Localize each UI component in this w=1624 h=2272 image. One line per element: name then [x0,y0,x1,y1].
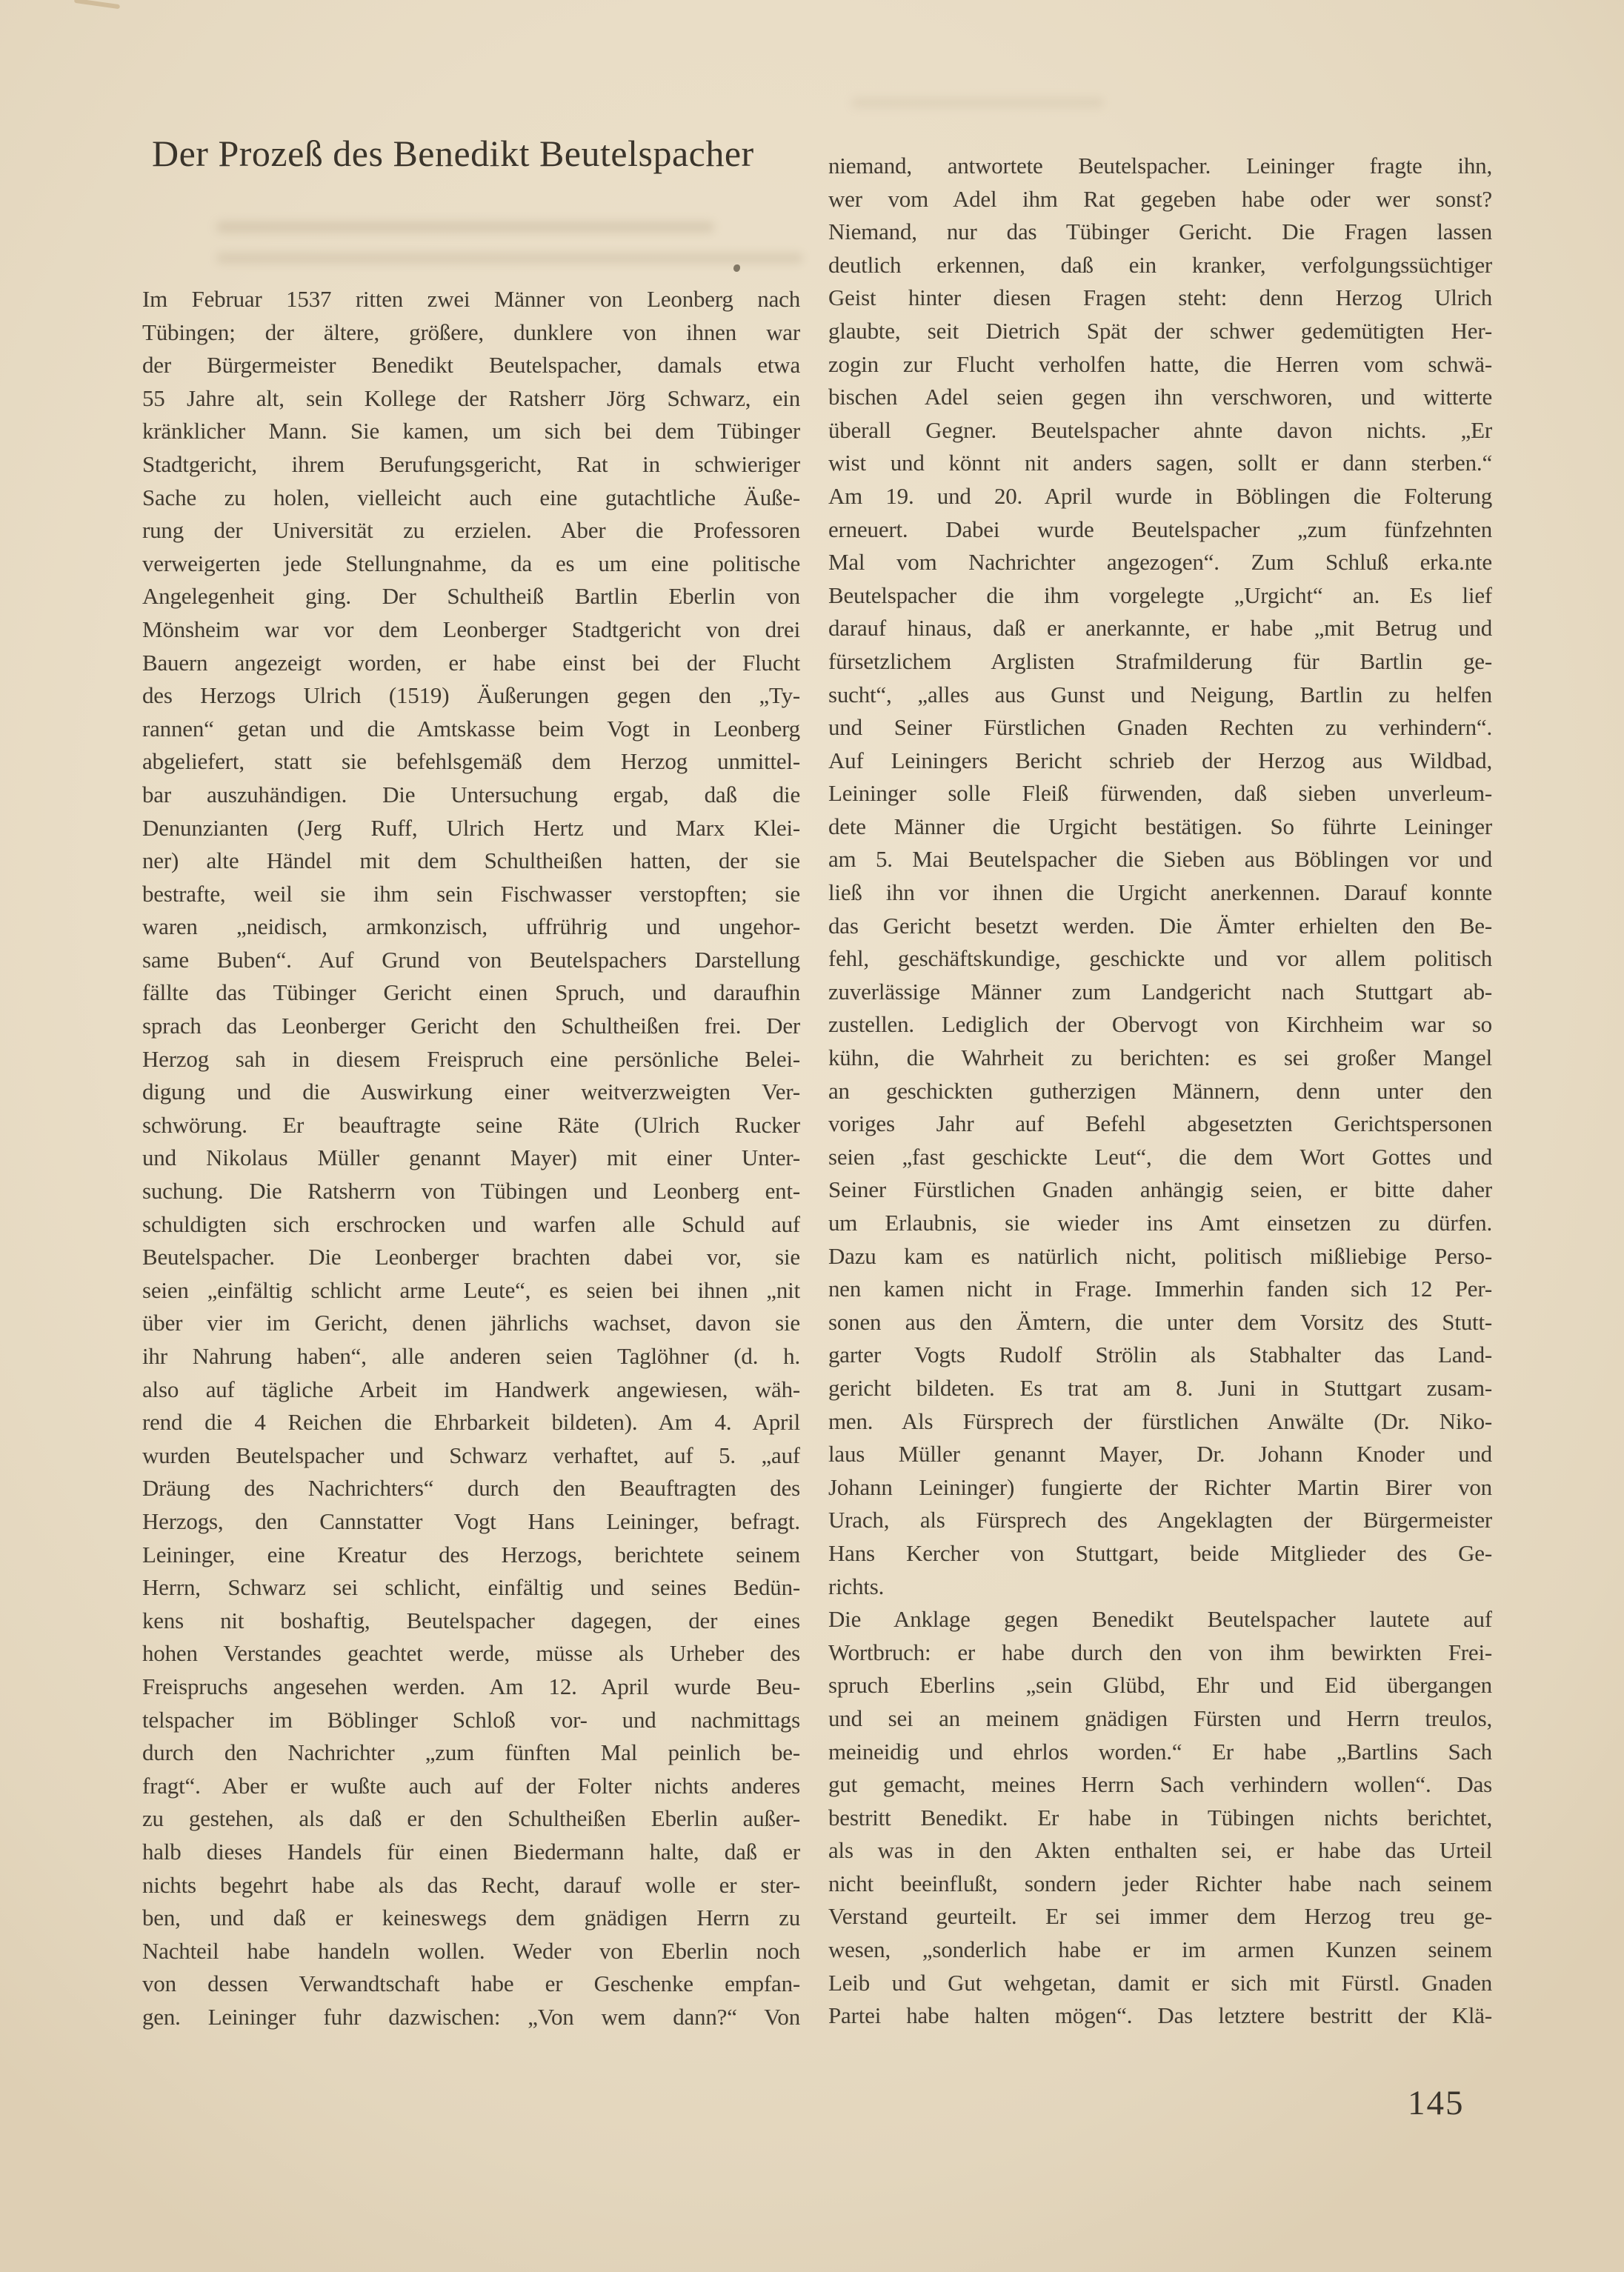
text-line: Bauern angezeigt worden, er habe einst b… [142,647,800,680]
text-line: wer vom Adel ihm Rat gegeben habe oder w… [828,183,1492,216]
text-line: Geist hinter diesen Fragen steht: denn H… [828,281,1492,315]
text-line: bar auszuhändigen. Die Untersuchung erga… [142,779,800,812]
text-line: voriges Jahr auf Befehl abgesetzten Geri… [828,1107,1492,1141]
showthrough-ghost-line [216,221,714,233]
text-line: Hans Kercher von Stuttgart, beide Mitgli… [828,1537,1492,1570]
text-line: deutlich erkennen, daß ein kranker, verf… [828,249,1492,282]
text-line: Johann Leininger) fungierte der Richter … [828,1471,1492,1505]
text-line: ben, und daß er keineswegs dem gnädigen … [142,1902,800,1935]
text-line: sucht“, „alles aus Gunst und Neigung, Ba… [828,679,1492,712]
text-line: über vier im Gericht, denen jährlichs wa… [142,1307,800,1340]
text-line: am 5. Mai Beutelspacher die Sieben aus B… [828,843,1492,876]
text-line: glaubte, seit Dietrich Spät der schwer g… [828,315,1492,348]
text-line: kens nit boshaftig, Beutelspacher dagege… [142,1605,800,1638]
text-line: Im Februar 1537 ritten zwei Männer von L… [142,283,800,316]
text-line: rung der Universität zu erzielen. Aber d… [142,514,800,547]
text-line: erneuert. Dabei wurde Beutelspacher „zum… [828,513,1492,547]
text-line: Mal vom Nachrichter angezogen“. Zum Schl… [828,546,1492,579]
text-line: als was in den Akten enthalten sei, er h… [828,1834,1492,1868]
text-line: kühn, die Wahrheit zu berichten: es sei … [828,1042,1492,1075]
article-title: Der Prozeß des Benedikt Beutelspacher [152,132,819,175]
text-line: gericht bildeten. Es trat am 8. Juni in … [828,1372,1492,1405]
book-page: Der Prozeß des Benedikt Beutelspacher Im… [0,0,1624,2272]
text-line: Herrn, Schwarz sei schlicht, einfältig u… [142,1571,800,1605]
text-line: Stadtgericht, ihrem Berufungsgericht, Ra… [142,448,800,482]
left-column: Im Februar 1537 ritten zwei Männer von L… [142,283,800,2033]
text-line: Urach, als Fürsprech des Angeklagten der… [828,1504,1492,1537]
text-line: fürsetzlichem Arglisten Strafmilderung f… [828,645,1492,679]
text-line: richts. [828,1570,1492,1604]
text-line: rannen“ getan und die Amtskasse beim Vog… [142,713,800,746]
text-line: und sei an meinem gnädigen Fürsten und H… [828,1702,1492,1736]
text-line: ließ ihn vor ihnen die Urgicht anerkenne… [828,876,1492,910]
text-line: Herzogs, den Cannstatter Vogt Hans Leini… [142,1505,800,1539]
text-line: digung und die Auswirkung einer weitverz… [142,1076,800,1109]
text-line: Beutelspacher. Die Leonberger brachten d… [142,1241,800,1274]
text-line: seien „einfältig schlicht arme Leute“, e… [142,1274,800,1307]
text-line: bischen Adel seien gegen ihn verschworen… [828,381,1492,414]
text-line: Leininger solle Fleiß fürwenden, daß sie… [828,777,1492,810]
text-line: same Buben“. Auf Grund von Beutelspacher… [142,944,800,977]
text-line: von dessen Verwandtschaft habe er Gesche… [142,1968,800,2001]
text-line: Seiner Fürstlichen Gnaden anhängig seien… [828,1173,1492,1207]
text-line: Angelegenheit ging. Der Schultheiß Bartl… [142,580,800,613]
text-line: fällte das Tübinger Gericht einen Spruch… [142,976,800,1010]
paper-fiber-artifact [74,0,120,9]
text-line: also auf tägliche Arbeit im Handwerk ang… [142,1373,800,1407]
text-line: suchung. Die Ratsherrn von Tübingen und … [142,1175,800,1208]
text-line: nichts begehrt habe als das Recht, darau… [142,1869,800,1902]
text-line: bestritt Benedikt. Er habe in Tübingen n… [828,1802,1492,1835]
text-line: Mönsheim war vor dem Leonberger Stadtger… [142,613,800,647]
text-line: nen kamen nicht in Frage. Immerhin fande… [828,1273,1492,1306]
text-line: 55 Jahre alt, sein Kollege der Ratsherr … [142,382,800,416]
text-line: zustellen. Lediglich der Obervogt von Ki… [828,1008,1492,1042]
text-line: spruch Eberlins „sein Glübd, Ehr und Eid… [828,1669,1492,1702]
page-number: 145 [1408,2083,1465,2123]
text-line: und Nikolaus Müller genannt Mayer) mit e… [142,1142,800,1175]
text-line: verweigerten jede Stellungnahme, da es u… [142,547,800,581]
text-line: Leininger, eine Kreatur des Herzogs, ber… [142,1539,800,1572]
text-line: Nachteil habe handeln wollen. Weder von … [142,1935,800,1968]
text-line: zu gestehen, als daß er den Schultheißen… [142,1802,800,1836]
text-line: Am 19. und 20. April wurde in Böblingen … [828,480,1492,513]
text-line: Auf Leiningers Bericht schrieb der Herzo… [828,744,1492,778]
text-line: laus Müller genannt Mayer, Dr. Johann Kn… [828,1438,1492,1471]
text-line: an geschickten gutherzigen Männern, denn… [828,1075,1492,1108]
text-line: waren „neidisch, armkonzisch, uffrührig … [142,910,800,944]
text-line: Niemand, nur das Tübinger Gericht. Die F… [828,216,1492,249]
showthrough-ghost-line [852,98,1104,107]
ink-speck [733,264,740,272]
text-line: Partei habe halten mögen“. Das letztere … [828,1999,1492,2033]
text-line: garter Vogts Rudolf Strölin als Stabhalt… [828,1339,1492,1372]
text-line: sonen aus den Ämtern, die unter dem Vors… [828,1306,1492,1339]
text-line: Dazu kam es natürlich nicht, politisch m… [828,1240,1492,1273]
text-line: des Herzogs Ulrich (1519) Äußerungen geg… [142,679,800,713]
text-line: telspacher im Böblinger Schloß vor- und … [142,1704,800,1737]
text-line: zuverlässige Männer zum Landgericht nach… [828,976,1492,1009]
text-line: und Seiner Fürstlichen Gnaden Rechten zu… [828,711,1492,744]
text-line: gen. Leininger fuhr dazwischen: „Von wem… [142,2001,800,2034]
text-line: schwörung. Er beauftragte seine Räte (Ul… [142,1109,800,1142]
text-line: rend die 4 Reichen die Ehrbarkeit bildet… [142,1406,800,1439]
text-line: ihr Nahrung haben“, alle anderen seien T… [142,1340,800,1373]
text-line: zogin zur Flucht verholfen hatte, die He… [828,348,1492,382]
text-line: Freispruchs angesehen werden. Am 12. Apr… [142,1670,800,1704]
text-line: fragt“. Aber er wußte auch auf der Folte… [142,1770,800,1803]
text-line: darauf hinaus, daß er anerkannte, er hab… [828,612,1492,645]
right-column: niemand, antwortete Beutelspacher. Leini… [828,150,1492,2033]
text-line: meineidig und ehrlos worden.“ Er habe „B… [828,1736,1492,1769]
text-line: hohen Verstandes geachtet werde, müsse a… [142,1637,800,1670]
text-line: Verstand geurteilt. Er sei immer dem Her… [828,1900,1492,1933]
text-line: dete Männer die Urgicht bestätigen. So f… [828,810,1492,844]
text-line: abgeliefert, statt sie befehlsgemäß dem … [142,745,800,779]
text-line: wist und könnt nit anders sagen, sollt e… [828,447,1492,480]
text-line: ner) alte Händel mit dem Schultheißen ha… [142,844,800,878]
text-line: nicht beeinflußt, sondern jeder Richter … [828,1868,1492,1901]
text-line: gut gemacht, meines Herrn Sach verhinder… [828,1768,1492,1802]
text-line: das Gericht besetzt werden. Die Ämter er… [828,910,1492,943]
text-line: Die Anklage gegen Benedikt Beutelspacher… [828,1603,1492,1636]
text-line: überall Gegner. Beutelspacher ahnte davo… [828,414,1492,447]
text-line: Leib und Gut wehgetan, damit er sich mit… [828,1967,1492,2000]
text-line: kränklicher Mann. Sie kamen, um sich bei… [142,415,800,448]
text-line: schuldigten sich erschrocken und warfen … [142,1208,800,1242]
text-line: Herzog sah in diesem Freispruch eine per… [142,1043,800,1076]
text-line: wesen, „sonderlich habe er im armen Kunz… [828,1933,1492,1967]
text-line: Wortbruch: er habe durch den von ihm bew… [828,1636,1492,1670]
text-line: bestrafte, weil sie ihm sein Fischwasser… [142,878,800,911]
text-line: fehl, geschäftskundige, geschickte und v… [828,942,1492,976]
text-line: Denunzianten (Jerg Ruff, Ulrich Hertz un… [142,812,800,845]
text-line: Beutelspacher die ihm vorgelegte „Urgich… [828,579,1492,613]
text-line: durch den Nachrichter „zum fünften Mal p… [142,1736,800,1770]
showthrough-ghost-line [216,253,803,264]
text-line: Sache zu holen, vielleicht auch eine gut… [142,482,800,515]
text-line: Tübingen; der ältere, größere, dunklere … [142,316,800,350]
text-line: um Erlaubnis, sie wieder ins Amt einsetz… [828,1207,1492,1240]
text-line: wurden Beutelspacher und Schwarz verhaft… [142,1439,800,1473]
text-line: Dräung des Nachrichters“ durch den Beauf… [142,1472,800,1505]
text-line: seien „fast geschickte Leut“, die dem Wo… [828,1141,1492,1174]
text-line: halb dieses Handels für einen Biedermann… [142,1836,800,1869]
text-line: der Bürgermeister Benedikt Beutelspacher… [142,349,800,382]
text-line: men. Als Fürsprech der fürstlichen Anwäl… [828,1405,1492,1439]
text-line: sprach das Leonberger Gericht den Schult… [142,1010,800,1043]
text-line: niemand, antwortete Beutelspacher. Leini… [828,150,1492,183]
